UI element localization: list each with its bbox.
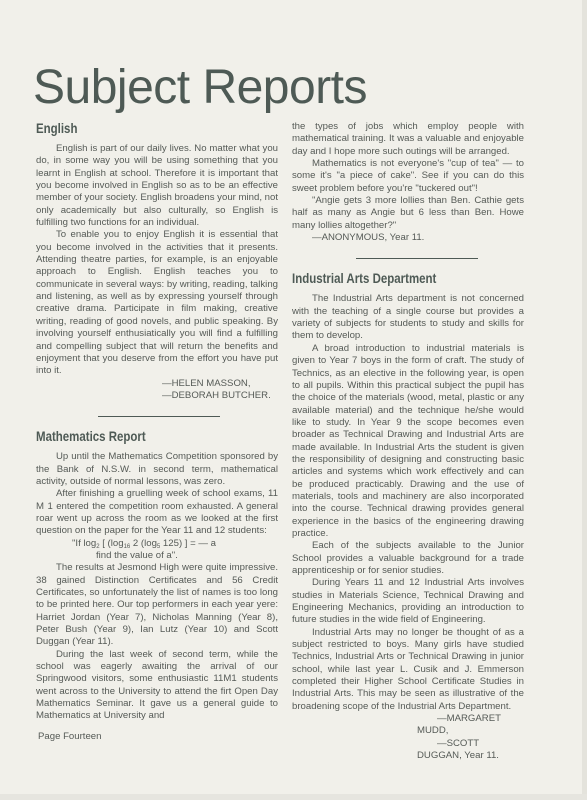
industrial-arts-paragraph: The Industrial Arts department is not co… xyxy=(292,293,524,342)
mathematics-paragraph: After finishing a gruelling week of scho… xyxy=(36,488,278,537)
mathematics-paragraph: During the last week of second term, whi… xyxy=(36,649,278,723)
english-signature: —DEBORAH BUTCHER. xyxy=(36,390,278,402)
industrial-arts-paragraph: During Years 11 and 12 Industrial Arts i… xyxy=(292,577,524,626)
page-bottom-edge xyxy=(0,794,587,800)
page-title: Subject Reports xyxy=(33,64,367,112)
left-column: English English is part of our daily liv… xyxy=(36,119,278,723)
mathematics-continued: the types of jobs which employ people wi… xyxy=(292,121,524,158)
english-signature: —HELEN MASSON, xyxy=(36,378,278,390)
english-heading: English xyxy=(36,119,234,137)
mathematics-paragraph: Up until the Mathematics Competition spo… xyxy=(36,451,278,488)
industrial-arts-signature: —SCOTT DUGGAN, Year 11. xyxy=(292,738,524,763)
mathematics-signature: —ANONYMOUS, Year 11. xyxy=(292,232,524,244)
section-divider xyxy=(356,258,478,259)
mathematics-heading: Mathematics Report xyxy=(36,427,234,445)
mathematics-paragraph: Mathematics is not everyone's "cup of te… xyxy=(292,158,524,195)
english-paragraph: To enable you to enjoy English it is ess… xyxy=(36,229,278,377)
right-column: the types of jobs which employ people wi… xyxy=(292,121,524,763)
industrial-arts-signature: —MARGARET MUDD, xyxy=(292,713,524,738)
page-number: Page Fourteen xyxy=(38,731,101,742)
math-formula-line-2: find the value of a". xyxy=(36,550,278,562)
industrial-arts-heading: Industrial Arts Department xyxy=(292,269,482,287)
section-divider xyxy=(98,416,220,417)
english-paragraph: English is part of our daily lives. No m… xyxy=(36,143,278,229)
page-edge xyxy=(582,0,587,800)
industrial-arts-paragraph: A broad introduction to industrial mater… xyxy=(292,343,524,541)
math-problem-quote: "Angie gets 3 more lollies than Ben. Cat… xyxy=(292,195,524,232)
mathematics-paragraph: The results at Jesmond High were quite i… xyxy=(36,562,278,648)
industrial-arts-paragraph: Each of the subjects available to the Ju… xyxy=(292,540,524,577)
math-formula-line-1: "If log2 [ (log16 2 (log5 125) ] = — a xyxy=(36,538,278,550)
industrial-arts-paragraph: Industrial Arts may no longer be thought… xyxy=(292,627,524,713)
